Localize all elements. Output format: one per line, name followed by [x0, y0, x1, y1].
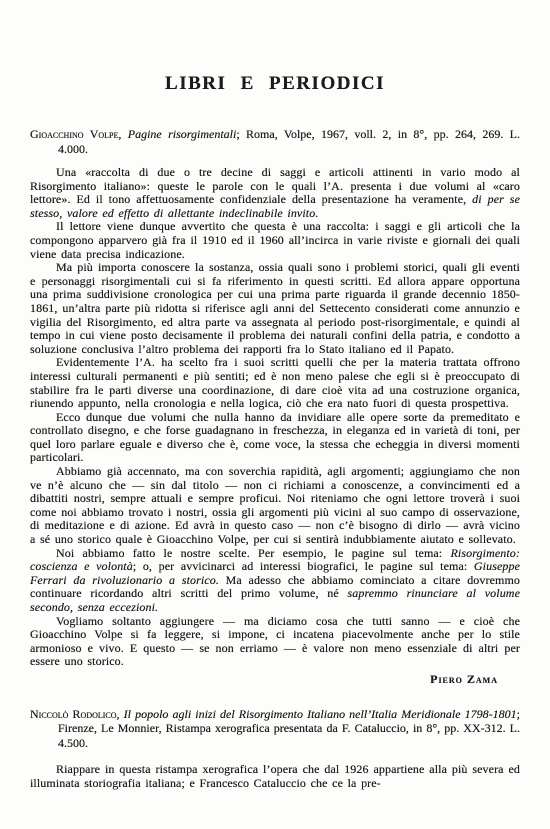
small-caps-text: Gioacchino Volpe	[30, 127, 118, 141]
paragraph: Abbiamo già accennato, ma con soverchia …	[30, 465, 520, 547]
text: Riappare in questa ristampa xerografica …	[30, 762, 520, 790]
bibliography-entry-volpe: Gioacchino Volpe, Pagine risorgimentali;…	[30, 127, 520, 686]
bibliography-entry-rodolico: Niccolò Rodolico, Il popolo agli inizi d…	[30, 707, 520, 791]
text: Abbiamo già accennato, ma con soverchia …	[30, 464, 520, 546]
text: ,	[118, 127, 127, 141]
paragraph: Riappare in questa ristampa xerografica …	[30, 763, 520, 790]
text: ,	[117, 707, 124, 721]
reviewer-signature: Piero Zama	[30, 672, 520, 686]
text: Ecco dunque due volumi che nulla hanno d…	[30, 410, 520, 465]
text: Ma più importa conoscere la sostanza, os…	[30, 260, 520, 356]
citation: Niccolò Rodolico, Il popolo agli inizi d…	[30, 707, 520, 751]
page-title: LIBRI E PERIODICI	[0, 74, 550, 94]
citation: Gioacchino Volpe, Pagine risorgimentali;…	[30, 127, 520, 156]
text: Evidentemente l’A. ha scelto fra i suoi …	[30, 355, 520, 410]
review-body: Riappare in questa ristampa xerografica …	[30, 763, 520, 790]
paragraph: Evidentemente l’A. ha scelto fra i suoi …	[30, 356, 520, 410]
small-caps-text: Niccolò Rodolico	[30, 707, 117, 721]
page: LIBRI E PERIODICI Gioacchino Volpe, Pagi…	[0, 0, 550, 829]
text-column: Gioacchino Volpe, Pagine risorgimentali;…	[0, 127, 550, 791]
text: Una «raccolta di due o tre decine di sag…	[30, 165, 520, 206]
italic-text: Pagine risorgimentali	[128, 127, 237, 141]
paragraph: Vogliamo soltanto aggiungere — ma diciam…	[30, 615, 520, 669]
text: Noi abbiamo fatto le nostre scelte. Per …	[56, 546, 450, 560]
italic-text: Il popolo agli inizi del Risorgimento It…	[124, 707, 517, 721]
paragraph: Ma più importa conoscere la sostanza, os…	[30, 261, 520, 356]
paragraph: Una «raccolta di due o tre decine di sag…	[30, 166, 520, 220]
paragraph: Ecco dunque due volumi che nulla hanno d…	[30, 411, 520, 465]
review-body: Una «raccolta di due o tre decine di sag…	[30, 166, 520, 669]
paragraph: Noi abbiamo fatto le nostre scelte. Per …	[30, 547, 520, 615]
text: Vogliamo soltanto aggiungere — ma diciam…	[30, 614, 520, 669]
paragraph: Il lettore viene dunque avvertito che qu…	[30, 220, 520, 261]
text: Il lettore viene dunque avvertito che qu…	[30, 219, 520, 260]
text: ; o, per avvicinarci ad interessi biogra…	[133, 559, 474, 573]
